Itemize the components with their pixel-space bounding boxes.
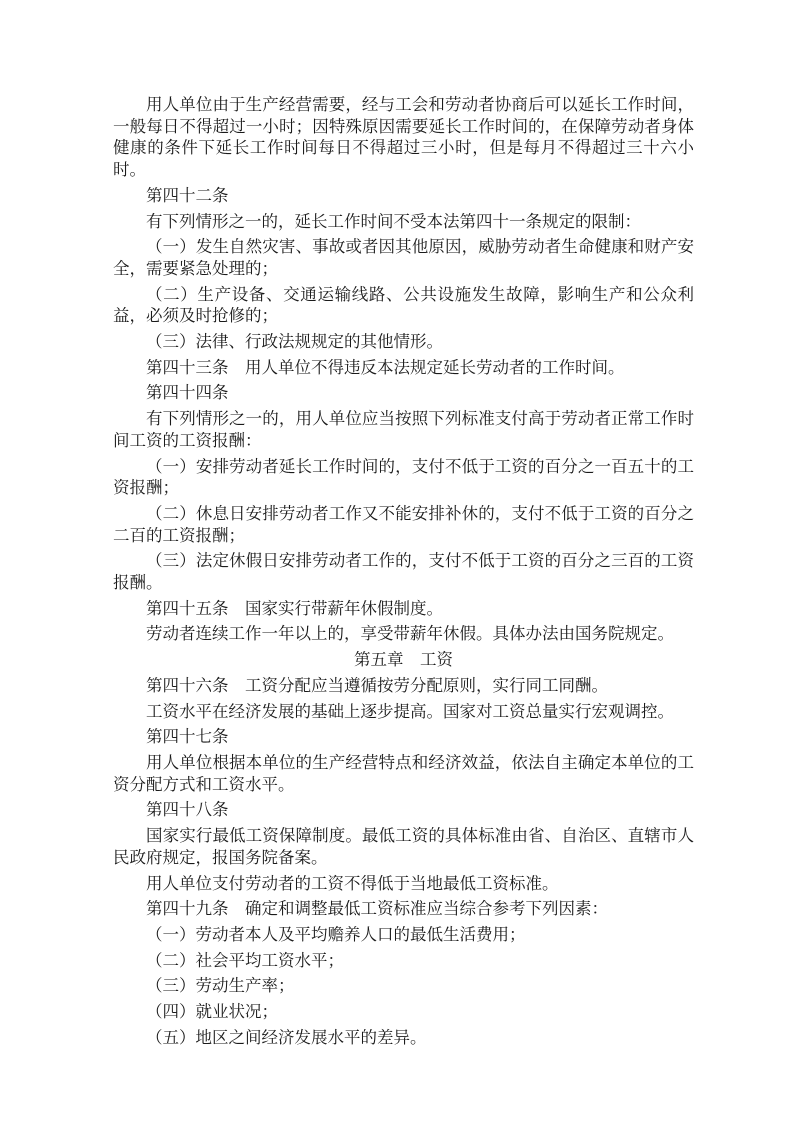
paragraph: （三）法律、行政法规规定的其他情形。 [113, 331, 694, 353]
paragraph: 第四十六条 工资分配应当遵循按劳分配原则，实行同工同酬。 [113, 675, 694, 697]
chapter-heading: 第五章 工资 [113, 649, 694, 671]
paragraph: （二）生产设备、交通运输线路、公共设施发生故障，影响生产和公众利益，必须及时抢修… [113, 284, 694, 327]
paragraph: 工资水平在经济发展的基础上逐步提高。国家对工资总量实行宏观调控。 [113, 701, 694, 723]
paragraph: 用人单位由于生产经营需要，经与工会和劳动者协商后可以延长工作时间，一般每日不得超… [113, 94, 694, 181]
paragraph: 有下列情形之一的，延长工作时间不受本法第四十一条规定的限制： [113, 211, 694, 233]
document-body: 用人单位由于生产经营需要，经与工会和劳动者协商后可以延长工作时间，一般每日不得超… [113, 94, 694, 1052]
paragraph: （一）发生自然灾害、事故或者因其他原因，威胁劳动者生命健康和财产安全，需要紧急处… [113, 236, 694, 279]
paragraph: 用人单位根据本单位的生产经营特点和经济效益，依法自主确定本单位的工资分配方式和工… [113, 752, 694, 795]
paragraph: （一）劳动者本人及平均赡养人口的最低生活费用； [113, 924, 694, 946]
paragraph: （四）就业状况； [113, 1001, 694, 1023]
paragraph: 国家实行最低工资保障制度。最低工资的具体标准由省、自治区、直辖市人民政府规定，报… [113, 825, 694, 868]
document-page: 用人单位由于生产经营需要，经与工会和劳动者协商后可以延长工作时间，一般每日不得超… [0, 0, 793, 1122]
paragraph: 第四十四条 [113, 382, 694, 404]
paragraph: （三）劳动生产率； [113, 975, 694, 997]
paragraph: 第四十三条 用人单位不得违反本法规定延长劳动者的工作时间。 [113, 357, 694, 379]
paragraph: 有下列情形之一的，用人单位应当按照下列标准支付高于劳动者正常工作时间工资的工资报… [113, 408, 694, 451]
paragraph: 第四十九条 确定和调整最低工资标准应当综合参考下列因素： [113, 898, 694, 920]
paragraph: 第四十五条 国家实行带薪年休假制度。 [113, 598, 694, 620]
paragraph: 第四十二条 [113, 185, 694, 207]
paragraph: （一）安排劳动者延长工作时间的，支付不低于工资的百分之一百五十的工资报酬； [113, 456, 694, 499]
paragraph: （二）休息日安排劳动者工作又不能安排补休的，支付不低于工资的百分之二百的工资报酬… [113, 503, 694, 546]
paragraph: （五）地区之间经济发展水平的差异。 [113, 1027, 694, 1049]
paragraph: 第四十八条 [113, 799, 694, 821]
paragraph: 劳动者连续工作一年以上的，享受带薪年休假。具体办法由国务院规定。 [113, 623, 694, 645]
paragraph: 第四十七条 [113, 726, 694, 748]
paragraph: 用人单位支付劳动者的工资不得低于当地最低工资标准。 [113, 873, 694, 895]
paragraph: （二）社会平均工资水平； [113, 950, 694, 972]
paragraph: （三）法定休假日安排劳动者工作的，支付不低于工资的百分之三百的工资报酬。 [113, 550, 694, 593]
